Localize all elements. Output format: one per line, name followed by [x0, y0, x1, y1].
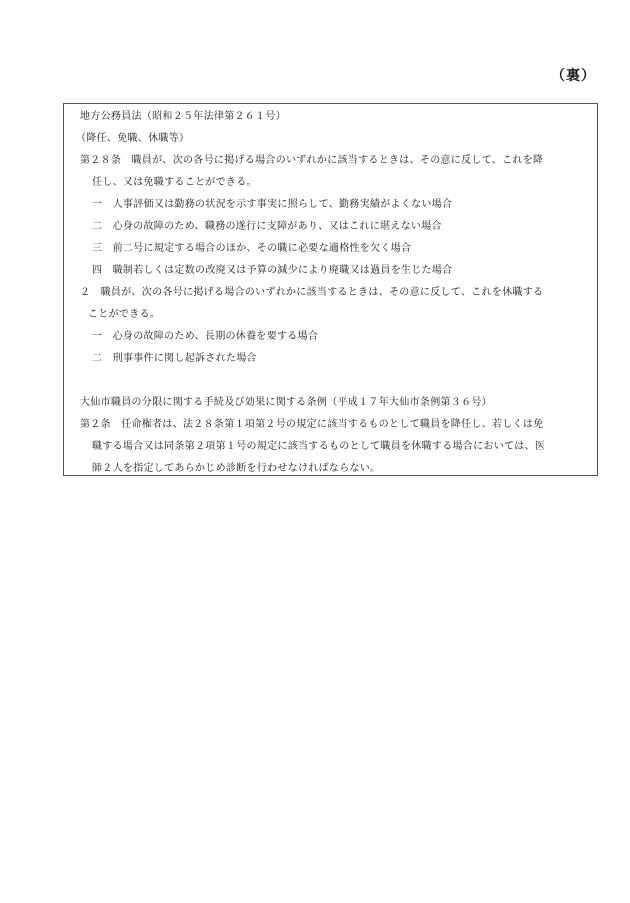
law1-caption: （降任、免職、休職等）	[76, 133, 189, 145]
law1-article-line-2: 任し、又は免職することができる。	[92, 177, 257, 189]
law2-article-line-2: 職する場合又は同条第２項第１号の規定に該当するものとして職員を休職する場合におい…	[92, 441, 545, 453]
law1-para2-item-2: 二 刑事事件に関し起訴された場合	[92, 353, 257, 365]
law1-para2-line-1: ２ 職員が、次の各号に掲げる場合のいずれかに該当するときは、その意に反して、これ…	[80, 287, 543, 299]
law1-para2-item-1: 一 心身の故障のため、長期の休養を要する場合	[92, 331, 318, 343]
law1-para2-line-2: ことができる。	[88, 309, 160, 321]
law2-title: 大仙市職員の分限に関する手続及び効果に関する条例（平成１７年大仙市条例第３６号）	[80, 397, 492, 409]
law2-article-line-1: 第２条 任命権者は、法２８条第１項第２号の規定に該当するものとして職員を降任し、…	[80, 419, 544, 431]
law1-article-line-1: 第２８条 職員が、次の各号に掲げる場合のいずれかに該当するときは、その意に反して…	[80, 155, 543, 167]
law2-article-line-3: 師２人を指定してあらかじめ診断を行わせなければならない。	[92, 463, 380, 475]
law1-item-2: 二 心身の故障のため、職務の遂行に支障があり、又はこれに堪えない場合	[92, 221, 442, 233]
law1-title: 地方公務員法（昭和２５年法律第２６１号）	[80, 111, 286, 123]
law1-item-1: 一 人事評価又は勤務の状況を示す事実に照らして、勤務実績がよくない場合	[92, 199, 452, 211]
law1-item-3: 三 前二号に規定する場合のほか、その職に必要な適格性を欠く場合	[92, 243, 411, 255]
page-side-label: （裏）	[551, 65, 596, 85]
law1-item-4: 四 職制若しくは定数の改廃又は予算の減少により廃職又は過員を生じた場合	[92, 265, 453, 277]
